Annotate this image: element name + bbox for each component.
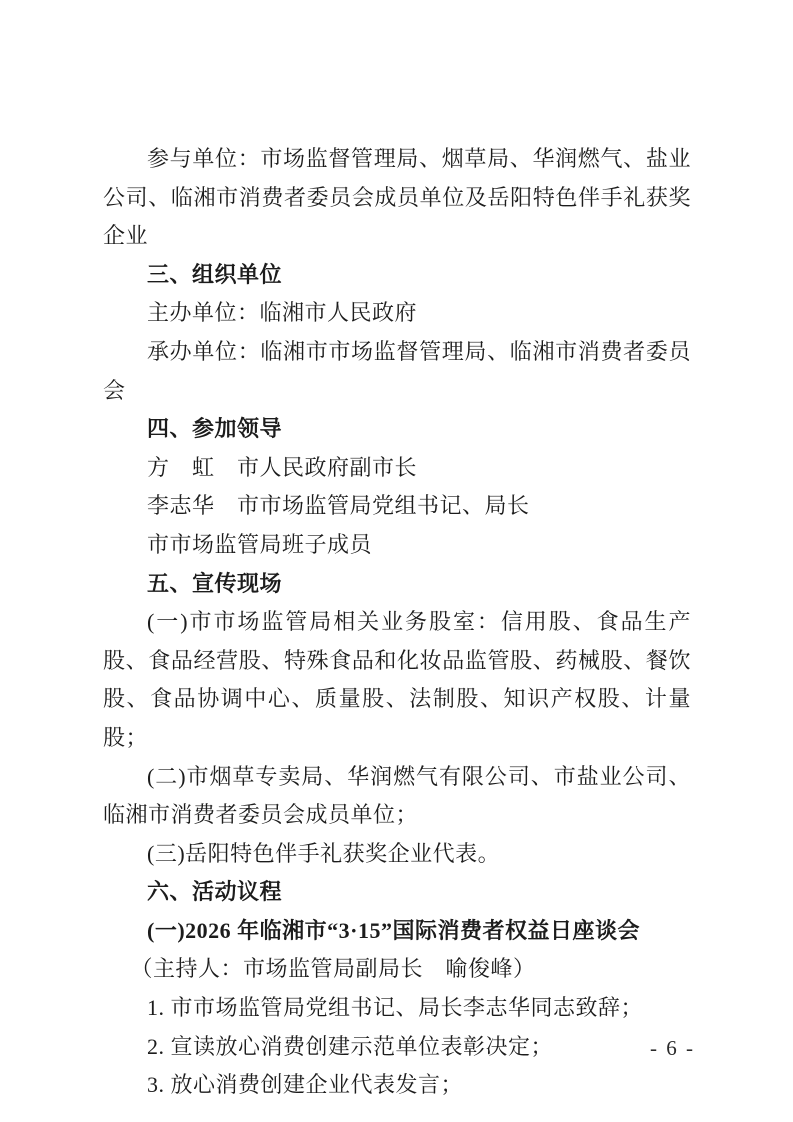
paragraph-undertaking-unit: 承办单位：临湘市市场监督管理局、临湘市消费者委员会 (103, 333, 691, 410)
paragraph-agenda-item-3: 3. 放心消费创建企业代表发言； (103, 1066, 691, 1105)
subheading-symposium-title: (一)2026 年临湘市“3·15”国际消费者权益日座谈会 (103, 912, 691, 951)
paragraph-leader-fang-hong: 方 虹 市人民政府副市长 (103, 449, 691, 488)
page-number: - 6 - (650, 1036, 695, 1061)
paragraph-site-item-3: (三)岳阳特色伴手礼获奖企业代表。 (103, 835, 691, 874)
section-heading-organizing-units: 三、组织单位 (103, 256, 691, 295)
section-heading-attending-leaders: 四、参加领导 (103, 410, 691, 449)
paragraph-agenda-item-1: 1. 市市场监管局党组书记、局长李志华同志致辞； (103, 989, 691, 1028)
section-heading-publicity-site: 五、宣传现场 (103, 565, 691, 604)
paragraph-site-item-1: (一)市市场监管局相关业务股室：信用股、食品生产股、食品经营股、特殊食品和化妆品… (103, 603, 691, 757)
paragraph-host-unit: 主办单位：临湘市人民政府 (103, 294, 691, 333)
paragraph-leader-li-zhihua: 李志华 市市场监管局党组书记、局长 (103, 487, 691, 526)
paragraph-bureau-team-members: 市市场监管局班子成员 (103, 526, 691, 565)
paragraph-agenda-item-2: 2. 宣读放心消费创建示范单位表彰决定； (103, 1028, 691, 1067)
document-body: 参与单位：市场监督管理局、烟草局、华润燃气、盐业公司、临湘市消费者委员会成员单位… (103, 140, 691, 1105)
section-heading-activity-agenda: 六、活动议程 (103, 873, 691, 912)
paragraph-participating-units: 参与单位：市场监督管理局、烟草局、华润燃气、盐业公司、临湘市消费者委员会成员单位… (103, 140, 691, 256)
paragraph-site-item-2: (二)市烟草专卖局、华润燃气有限公司、市盐业公司、临湘市消费者委员会成员单位； (103, 758, 691, 835)
document-page: 参与单位：市场监督管理局、烟草局、华润燃气、盐业公司、临湘市消费者委员会成员单位… (0, 0, 793, 1122)
paragraph-presenter: （主持人：市场监管局副局长 喻俊峰） (103, 950, 691, 989)
